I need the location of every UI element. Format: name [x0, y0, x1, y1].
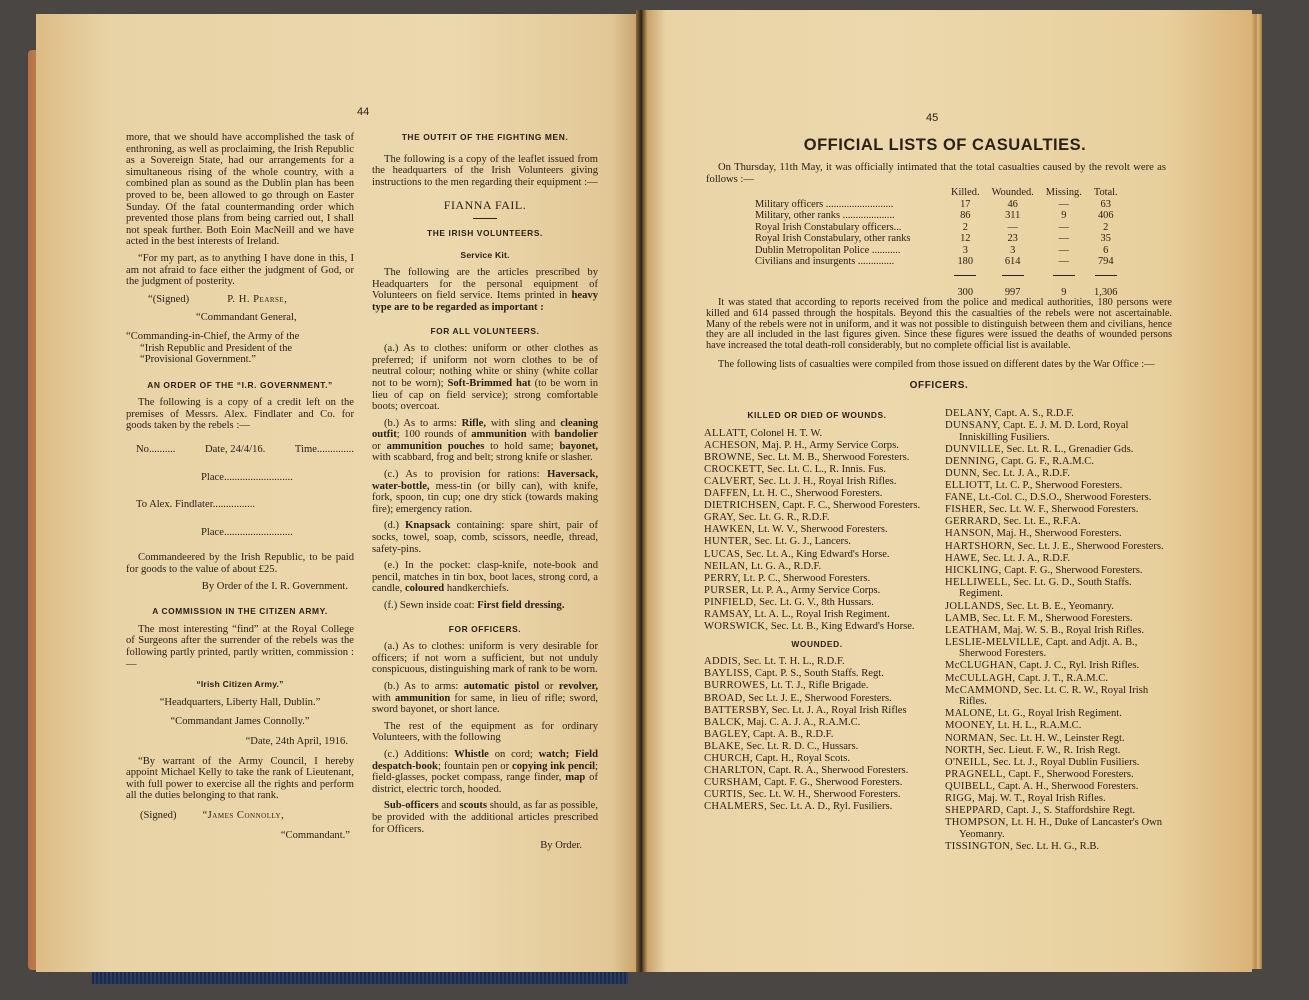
list-item: CHARLTON, Capt. R. A., Sherwood Forester… — [704, 765, 930, 777]
rank-unit: Lt. T. J., Rifle Brigade. — [768, 680, 868, 691]
rank-unit: Maj. C. A. J. A., R.A.M.C. — [744, 717, 860, 728]
item-b-arms: (b.) As to arms: Rifle, with sling and c… — [372, 418, 598, 464]
officer-rest: The rest of the equipment as for ordinar… — [372, 721, 598, 744]
form-place-2: Place.......................... — [126, 527, 354, 539]
list-item: TISSINGTON, Sec. Lt. H. G., R.B. — [945, 841, 1177, 853]
surname: PURSER, — [704, 585, 749, 596]
list-item: NEILAN, Lt. G. A., R.D.F. — [704, 561, 930, 573]
list-item: PURSER, Lt. P. A., Army Service Corps. — [704, 585, 930, 597]
rank-unit: Capt. J. T., R.A.M.C. — [1015, 673, 1108, 684]
col-total: Total. — [1088, 187, 1124, 199]
surname: CHURCH, — [704, 753, 753, 764]
rank-unit: Sec. Lt. R. L., Grenadier Gds. — [1004, 444, 1133, 455]
list-item: MOONEY, Lt. H. L., R.A.M.C. — [945, 720, 1177, 732]
rank-unit: Lt. A. L., Royal Irish Regiment. — [752, 609, 890, 620]
surname: MALONE, — [945, 708, 995, 719]
surname: PERRY, — [704, 573, 741, 584]
rank-unit: Capt. F. G., Sherwood Foresters. — [1002, 565, 1143, 576]
surname: LEATHAM, — [945, 625, 1001, 636]
surname: WORSWICK, — [704, 621, 768, 632]
rank-unit: Maj. H., Sherwood Foresters. — [994, 528, 1122, 539]
surname: CHARLTON, — [704, 765, 766, 776]
surname: PRAGNELL, — [945, 769, 1006, 780]
rank-unit: Capt. J. C., Ryl. Irish Rifles. — [1017, 660, 1140, 671]
form-time: Time.............. — [295, 444, 354, 456]
by-order-irg: By Order of the I. R. Government. — [126, 581, 354, 593]
item-a-clothes: (a.) As to clothes: uniform or other clo… — [372, 343, 598, 413]
list-item: DENNING, Capt. G. F., R.A.M.C. — [945, 456, 1177, 468]
book-gutter — [636, 10, 648, 972]
volunteers-heading: THE IRISH VOLUNTEERS. — [372, 228, 598, 240]
list-item: HICKLING, Capt. F. G., Sherwood Forester… — [945, 565, 1177, 577]
surname: HANSON, — [945, 528, 994, 539]
page-number-right: 45 — [926, 112, 938, 124]
surname: CALVERT, — [704, 476, 756, 487]
order-intro: The following is a copy of a credit left… — [126, 397, 354, 432]
connolly-signature: (Signed) “James Connolly, — [126, 810, 354, 822]
surname: GRAY, — [704, 512, 736, 523]
surname: MOONEY, — [945, 720, 995, 731]
surname: NORMAN, — [945, 733, 997, 744]
rank-unit: Sec. Lt. C. L., R. Innis. Fus. — [764, 464, 886, 475]
table-row: Military, other ranks ..................… — [755, 210, 1124, 222]
rank-unit: Maj. W. S. B., Royal Irish Rifles. — [1001, 625, 1144, 636]
list-item: CHALMERS, Sec. Lt. A. D., Ryl. Fusiliers… — [704, 801, 930, 813]
surname: LAMB, — [945, 613, 980, 624]
list-item: HARTSHORN, Sec. Lt. J. E., Sherwood Fore… — [945, 541, 1177, 553]
surname: HICKLING, — [945, 565, 1002, 576]
surname: HAWE, — [945, 553, 980, 564]
list-item: DUNN, Sec. Lt. J. A., R.D.F. — [945, 468, 1177, 480]
list-item: BATTERSBY, Sec. Lt. J. A., Royal Irish R… — [704, 705, 930, 717]
sig-title-4: “Provisional Government.” — [126, 354, 354, 366]
surname: BATTERSBY, — [704, 705, 769, 716]
signed-label: “(Signed) — [148, 294, 189, 306]
surname: McCULLAGH, — [945, 673, 1015, 684]
surname: HARTSHORN, — [945, 541, 1015, 552]
rank-unit: Lt.-Col. C., D.S.O., Sherwood Foresters. — [976, 492, 1151, 503]
outfit-heading: THE OUTFIT OF THE FIGHTING MEN. — [372, 132, 598, 144]
surname: BALCK, — [704, 717, 744, 728]
pearse-statement: more, that we should have accomplished t… — [126, 132, 354, 248]
rank-unit: Sec. Lt. J. A., Royal Irish Rifles — [769, 705, 907, 716]
list-item: BAGLEY, Capt. A. B., R.D.F. — [704, 729, 930, 741]
commission-heading: A COMMISSION IN THE CITIZEN ARMY. — [126, 606, 354, 618]
list-item: GRAY, Sec. Lt. G. R., R.D.F. — [704, 512, 930, 524]
form-date: Date, 24/4/16. — [205, 444, 265, 456]
outfit-intro: The following is a copy of the leaflet i… — [372, 154, 598, 189]
officers-heading: OFFICERS. — [706, 381, 1172, 392]
list-item: THOMPSON, Lt. H. H., Duke of Lancaster's… — [945, 817, 1177, 840]
warrant-text: “By warrant of the Army Council, I hereb… — [126, 756, 354, 802]
casualty-intro: On Thursday, 11th May, it was officially… — [706, 162, 1166, 190]
list-item: PERRY, Lt. P. C., Sherwood Foresters. — [704, 573, 930, 585]
col-wounded: Wounded. — [986, 187, 1040, 199]
list-item: PRAGNELL, Capt. F., Sherwood Foresters. — [945, 769, 1177, 781]
table-header-row: Killed. Wounded. Missing. Total. — [755, 187, 1124, 199]
commission-date: “Date, 24th April, 1916. — [126, 736, 354, 748]
surname: HUNTER, — [704, 536, 752, 547]
rank-unit: Capt. F., Sherwood Foresters. — [1006, 769, 1134, 780]
surname: THOMPSON, — [945, 817, 1009, 828]
rank-unit: Sec. Lt. J., Royal Dublin Fusiliers. — [990, 757, 1139, 768]
rank-unit: Lt. W. V., Sherwood Foresters. — [755, 524, 888, 535]
commandeered-text: Commandeered by the Irish Republic, to b… — [126, 552, 354, 575]
surname: LUCAS, — [704, 549, 743, 560]
list-item: ELLIOTT, Lt. C. P., Sherwood Foresters. — [945, 480, 1177, 492]
col-missing: Missing. — [1040, 187, 1088, 199]
surname: ADDIS, — [704, 656, 741, 667]
commandant-title: “Commandant.” — [126, 830, 354, 842]
list-item: BURROWES, Lt. T. J., Rifle Brigade. — [704, 680, 930, 692]
table-row: Royal Irish Constabulary, other ranks122… — [755, 233, 1124, 245]
surname: McCLUGHAN, — [945, 660, 1017, 671]
list-item: DELANY, Capt. A. S., R.D.F. — [945, 408, 1177, 420]
list-item: CURSHAM, Capt. F. G., Sherwood Foresters… — [704, 777, 930, 789]
sig-title-3: “Irish Republic and President of the — [126, 343, 354, 355]
list-item: BLAKE, Sec. Lt. R. D. C., Hussars. — [704, 741, 930, 753]
service-kit-heading: Service Kit. — [372, 250, 598, 262]
rank-unit: Sec. Lt. R. D. C., Hussars. — [744, 741, 858, 752]
list-item: DUNVILLE, Sec. Lt. R. L., Grenadier Gds. — [945, 444, 1177, 456]
names-column-right: DELANY, Capt. A. S., R.D.F.DUNSANY, Capt… — [945, 408, 1177, 853]
list-item: FANE, Lt.-Col. C., D.S.O., Sherwood Fore… — [945, 492, 1177, 504]
rank-unit: Lt. C. P., Sherwood Foresters. — [993, 480, 1122, 491]
credit-form-row: No.......... Date, 24/4/16. Time........… — [126, 444, 354, 456]
kit-intro: The following are the articles prescribe… — [372, 267, 598, 313]
rank-unit: Sec. Lt. H. W., Leinster Regt. — [997, 733, 1125, 744]
sig-title-1: “Commandant General, — [126, 312, 354, 324]
rank-unit: Sec. Lieut. F. W., R. Irish Regt. — [985, 745, 1120, 756]
surname: DAFFEN, — [704, 488, 750, 499]
surname: DUNN, — [945, 468, 980, 479]
rank-unit: Capt. R. A., Sherwood Foresters. — [766, 765, 908, 776]
wounded-list-left: ADDIS, Sec. Lt. T. H. L., R.D.F.BAYLISS,… — [704, 656, 930, 813]
list-item: BROAD, Sec Lt. J. E., Sherwood Foresters… — [704, 693, 930, 705]
surname: BURROWES, — [704, 680, 768, 691]
intro-text: On Thursday, 11th May, it was officially… — [706, 162, 1166, 185]
rank-unit: Sec Lt. J. E., Sherwood Foresters. — [746, 693, 892, 704]
surname: SHEPPARD, — [945, 805, 1004, 816]
list-item: HAWKEN, Lt. W. V., Sherwood Foresters. — [704, 524, 930, 536]
list-item: LESLIE-MELVILLE, Capt. and Adjt. A. B., … — [945, 637, 1177, 660]
rank-unit: Sec. Lt. J. A., R.D.F. — [980, 468, 1070, 479]
item-d-knapsack: (d.) Knapsack containing: spare shirt, p… — [372, 520, 598, 555]
table-row: Royal Irish Constabulary officers...2——2 — [755, 222, 1124, 234]
list-item: HAWE, Sec. Lt. J. A., R.D.F. — [945, 553, 1177, 565]
col-killed: Killed. — [945, 187, 986, 199]
form-place-1: Place.......................... — [126, 472, 354, 484]
surname: GERRARD, — [945, 516, 1001, 527]
list-item: CHURCH, Capt. H., Royal Scots. — [704, 753, 930, 765]
rank-unit: Capt. A. H., Sherwood Foresters. — [995, 781, 1138, 792]
rank-unit: Capt. H., Royal Scots. — [753, 753, 850, 764]
item-e-pocket: (e.) In the pocket: clasp-knife, note-bo… — [372, 560, 598, 595]
list-item: McCULLAGH, Capt. J. T., R.A.M.C. — [945, 673, 1177, 685]
rank-unit: Sec. Lt. T. H. L., R.D.F. — [741, 656, 845, 667]
divider-rule — [473, 218, 497, 219]
rank-unit: Sec. Lt. G. R., R.D.F. — [736, 512, 830, 523]
total-separator — [755, 268, 1124, 280]
list-item: GERRARD, Sec. Lt. E., R.F.A. — [945, 516, 1177, 528]
rank-unit: Sec. Lt. B. E., Yeomanry. — [1004, 601, 1114, 612]
commission-intro: The most interesting “find” at the Royal… — [126, 624, 354, 670]
book-cloth-spine — [92, 970, 628, 984]
signatory-pearse: P. H. Pearse, — [227, 294, 287, 306]
surname: DENNING, — [945, 456, 998, 467]
list-item: FISHER, Sec. Lt. W. F., Sherwood Foreste… — [945, 504, 1177, 516]
form-to: To Alex. Findlater................ — [126, 499, 354, 511]
table-row: Civilians and insurgents ..............1… — [755, 256, 1124, 268]
rank-unit: Sec. Lt. A. D., Ryl. Fusiliers. — [767, 801, 892, 812]
list-item: HANSON, Maj. H., Sherwood Foresters. — [945, 528, 1177, 540]
rank-unit: Sec. Lt. B., King Edward's Horse. — [768, 621, 914, 632]
list-item: ACHESON, Maj. P. H., Army Service Corps. — [704, 440, 930, 452]
table-row: Dublin Metropolitan Police ...........33… — [755, 245, 1124, 257]
rank-unit: Lt. G. A., R.D.F. — [748, 561, 821, 572]
surname: JOLLANDS, — [945, 601, 1004, 612]
list-item: NORMAN, Sec. Lt. H. W., Leinster Regt. — [945, 733, 1177, 745]
surname: ELLIOTT, — [945, 480, 993, 491]
rank-unit: Capt. F. G., Sherwood Foresters. — [761, 777, 902, 788]
surname: DELANY, — [945, 408, 992, 419]
list-item: LAMB, Sec. Lt. F. M., Sherwood Foresters… — [945, 613, 1177, 625]
item-c-rations: (c.) As to provision for rations: Havers… — [372, 469, 598, 515]
list-item: DUNSANY, Capt. E. J. M. D. Lord, Royal I… — [945, 420, 1177, 443]
rank-unit: Capt. A. S., R.D.F. — [992, 408, 1074, 419]
list-item: HUNTER, Sec. Lt. G. J., Lancers. — [704, 536, 930, 548]
list-item: QUIBELL, Capt. A. H., Sherwood Foresters… — [945, 781, 1177, 793]
page-title: OFFICIAL LISTS OF CASUALTIES. — [700, 136, 1190, 155]
killed-heading: KILLED OR DIED OF WOUNDS. — [704, 410, 930, 422]
list-item: DAFFEN, Lt. H. C., Sherwood Foresters. — [704, 488, 930, 500]
page-edges-right — [1252, 14, 1262, 969]
surname: DIETRICHSEN, — [704, 500, 780, 511]
surname: ALLATT, — [704, 428, 748, 439]
surname: DUNSANY, — [945, 420, 1000, 431]
rank-unit: Lt. P. C., Sherwood Foresters. — [741, 573, 870, 584]
list-item: SHEPPARD, Capt. J., S. Staffordshire Reg… — [945, 805, 1177, 817]
surname: PINFIELD, — [704, 597, 756, 608]
table-total-row: 30099791,306 — [755, 279, 1124, 299]
signature-line: “(Signed) P. H. Pearse, — [126, 294, 354, 306]
page-number-left: 44 — [357, 106, 369, 118]
surname: O'NEILL, — [945, 757, 990, 768]
killed-list: ALLATT, Colonel H. T. W.ACHESON, Maj. P.… — [704, 428, 930, 633]
list-item: ALLATT, Colonel H. T. W. — [704, 428, 930, 440]
surname: HELLIWELL, — [945, 577, 1011, 588]
surname: RAMSAY, — [704, 609, 752, 620]
surname: DUNVILLE, — [945, 444, 1004, 455]
surname: BAYLISS, — [704, 668, 752, 679]
sub-officers-note: Sub-officers and scouts should, as far a… — [372, 800, 598, 835]
rank-unit: Sec. Lt. H. G., R.B. — [1013, 841, 1099, 852]
list-item: RIGG, Maj. W. T., Royal Irish Rifles. — [945, 793, 1177, 805]
casualty-table: Killed. Wounded. Missing. Total. Militar… — [755, 187, 1124, 299]
rank-unit: Capt. P. S., South Staffs. Regt. — [752, 668, 884, 679]
left-column-2: THE OUTFIT OF THE FIGHTING MEN. The foll… — [372, 132, 598, 857]
commandant-line: “Commandant James Connolly.” — [126, 716, 354, 728]
left-column-1: more, that we should have accomplished t… — [126, 132, 354, 846]
surname: CURSHAM, — [704, 777, 761, 788]
item-f-dressing: (f.) Sewn inside coat: First field dress… — [372, 600, 598, 612]
list-item: McCLUGHAN, Capt. J. C., Ryl. Irish Rifle… — [945, 660, 1177, 672]
surname: HAWKEN, — [704, 524, 755, 535]
list-item: CURTIS, Sec. Lt. W. H., Sherwood Foreste… — [704, 789, 930, 801]
rank-unit: Lt. G., Royal Irish Regiment. — [995, 708, 1122, 719]
rank-unit: Capt. J., S. Staffordshire Regt. — [1004, 805, 1136, 816]
casualty-notes: It was stated that according to reports … — [706, 298, 1172, 392]
rank-unit: Sec. Lt. J. E., Sherwood Foresters. — [1015, 541, 1164, 552]
rank-unit: Lt. P. A., Army Service Corps. — [749, 585, 881, 596]
list-item: BAYLISS, Capt. P. S., South Staffs. Regt… — [704, 668, 930, 680]
surname: BAGLEY, — [704, 729, 750, 740]
wounded-heading: WOUNDED. — [704, 639, 930, 651]
rank-unit: Sec. Lt. W. F., Sherwood Foresters. — [986, 504, 1138, 515]
list-item: LUCAS, Sec. Lt. A., King Edward's Horse. — [704, 549, 930, 561]
hq-line: “Headquarters, Liberty Hall, Dublin.” — [126, 697, 354, 709]
rank-unit: Sec. Lt. W. H., Sherwood Foresters. — [746, 789, 901, 800]
rank-unit: Maj. W. T., Royal Irish Rifles. — [975, 793, 1106, 804]
list-item: WORSWICK, Sec. Lt. B., King Edward's Hor… — [704, 621, 930, 633]
table-row: Military officers ......................… — [755, 199, 1124, 211]
list-item: CALVERT, Sec. Lt. J. H., Royal Irish Rif… — [704, 476, 930, 488]
surname: LESLIE-MELVILLE, — [945, 637, 1043, 648]
list-item: NORTH, Sec. Lieut. F. W., R. Irish Regt. — [945, 745, 1177, 757]
rank-unit: Sec. Lt. J. H., Royal Irish Rifles. — [756, 476, 897, 487]
surname: NEILAN, — [704, 561, 748, 572]
surname: ACHESON, — [704, 440, 759, 451]
officer-item-c: (c.) Additions: Whistle on cord; watch; … — [372, 749, 598, 795]
surname: McCAMMOND, — [945, 685, 1021, 696]
list-item: DIETRICHSEN, Capt. F. C., Sherwood Fores… — [704, 500, 930, 512]
surname: BROWNE, — [704, 452, 755, 463]
rank-unit: Capt. F. C., Sherwood Foresters. — [780, 500, 920, 511]
surname: RIGG, — [945, 793, 975, 804]
rank-unit: Maj. P. H., Army Service Corps. — [759, 440, 899, 451]
rank-unit: Sec. Lt. M. B., Sherwood Foresters. — [755, 452, 910, 463]
rank-unit: Capt. G. F., R.A.M.C. — [998, 456, 1094, 467]
surname: TISSINGTON, — [945, 841, 1013, 852]
rank-unit: Sec. Lt. G. J., Lancers. — [752, 536, 851, 547]
rank-unit: Sec. Lt. G. V., 8th Hussars. — [756, 597, 873, 608]
list-item: O'NEILL, Sec. Lt. J., Royal Dublin Fusil… — [945, 757, 1177, 769]
list-item: PINFIELD, Sec. Lt. G. V., 8th Hussars. — [704, 597, 930, 609]
list-item: RAMSAY, Lt. A. L., Royal Irish Regiment. — [704, 609, 930, 621]
rank-unit: Lt. H. C., Sherwood Foresters. — [750, 488, 882, 499]
officer-item-a: (a.) As to clothes: uniform is very desi… — [372, 641, 598, 676]
ica-heading: “Irish Citizen Army.” — [126, 679, 354, 691]
list-item: JOLLANDS, Sec. Lt. B. E., Yeomanry. — [945, 601, 1177, 613]
rank-unit: Colonel H. T. W. — [748, 428, 822, 439]
list-item: McCAMMOND, Sec. Lt. C. R. W., Royal Iris… — [945, 685, 1177, 708]
list-item: CROCKETT, Sec. Lt. C. L., R. Innis. Fus. — [704, 464, 930, 476]
surname: BLAKE, — [704, 741, 744, 752]
wounded-list-right: DELANY, Capt. A. S., R.D.F.DUNSANY, Capt… — [945, 408, 1177, 852]
officers-kit-heading: FOR OFFICERS. — [372, 624, 598, 636]
list-item: BALCK, Maj. C. A. J. A., R.A.M.C. — [704, 717, 930, 729]
sig-title-2: “Commanding-in-Chief, the Army of the — [126, 331, 354, 343]
surname: CURTIS, — [704, 789, 746, 800]
surname: CROCKETT, — [704, 464, 764, 475]
rank-unit: Sec. Lt. F. M., Sherwood Foresters. — [980, 613, 1133, 624]
rank-unit: Sec. Lt. J. A., R.D.F. — [980, 553, 1070, 564]
form-no: No.......... — [136, 444, 175, 456]
list-item: LEATHAM, Maj. W. S. B., Royal Irish Rifl… — [945, 625, 1177, 637]
officer-item-b: (b.) As to arms: automatic pistol or rev… — [372, 681, 598, 716]
list-item: HELLIWELL, Sec. Lt. G. D., South Staffs.… — [945, 577, 1177, 600]
surname: FANE, — [945, 492, 976, 503]
signatory-connolly: “James Connolly, — [202, 810, 284, 822]
surname: FISHER, — [945, 504, 986, 515]
list-item: ADDIS, Sec. Lt. T. H. L., R.D.F. — [704, 656, 930, 668]
fianna-fail-heading: FIANNA FAIL. — [372, 200, 598, 212]
surname: CHALMERS, — [704, 801, 767, 812]
all-volunteers-heading: FOR ALL VOLUNTEERS. — [372, 326, 598, 338]
names-column-left: KILLED OR DIED OF WOUNDS. ALLATT, Colone… — [704, 410, 930, 814]
stated-text: It was stated that according to reports … — [706, 298, 1172, 352]
by-order-signoff: By Order. — [372, 840, 598, 852]
list-item: BROWNE, Sec. Lt. M. B., Sherwood Foreste… — [704, 452, 930, 464]
order-heading: AN ORDER OF THE “I.R. GOVERNMENT.” — [126, 380, 354, 392]
following-text: The following lists of casualties were c… — [706, 360, 1172, 371]
rank-unit: Capt. A. B., R.D.F. — [750, 729, 833, 740]
surname: BROAD, — [704, 693, 746, 704]
list-item: MALONE, Lt. G., Royal Irish Regiment. — [945, 708, 1177, 720]
rank-unit: Lt. H. L., R.A.M.C. — [995, 720, 1082, 731]
rank-unit: Sec. Lt. E., R.F.A. — [1001, 516, 1081, 527]
surname: QUIBELL, — [945, 781, 995, 792]
signed-label-2: (Signed) — [140, 810, 176, 822]
rank-unit: Sec. Lt. A., King Edward's Horse. — [743, 549, 889, 560]
surname: NORTH, — [945, 745, 985, 756]
pearse-posterity: “For my part, as to anything I have done… — [126, 253, 354, 288]
